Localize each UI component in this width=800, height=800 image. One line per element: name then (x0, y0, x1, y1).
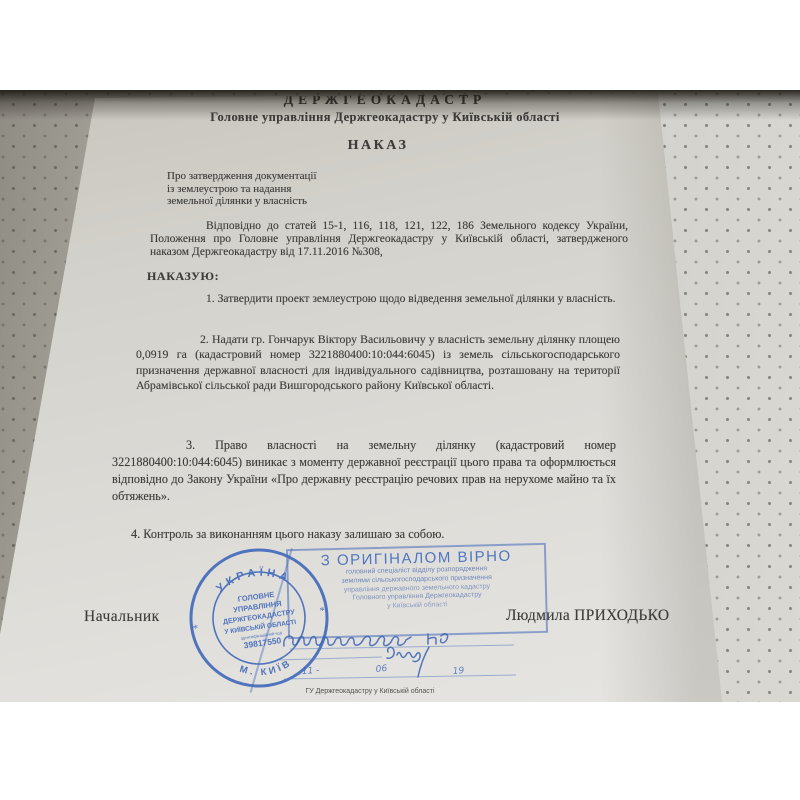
order-item-1: 1. Затвердити проект землеустрою щодо ві… (150, 292, 624, 306)
signature-stroke-main (284, 636, 411, 646)
subject-block: Про затвердження документації із землеус… (167, 170, 317, 208)
subject-line: із землеустрою та надання (167, 183, 317, 196)
footer-note: ГУ Держгеокадастру у Київській області (255, 688, 485, 695)
signature-stroke-slash (418, 647, 429, 677)
document-type: НАКАЗ (0, 138, 756, 154)
signature-stroke-second (387, 647, 420, 661)
handwritten-day: 11 - (302, 666, 320, 677)
svg-text:УКРАЇНА: УКРАЇНА (212, 561, 294, 596)
document-photo: ДЕРЖГЕОКАДАСТР Головне управління Держге… (0, 90, 800, 702)
subject-line: земельної ділянки у власність (167, 195, 317, 208)
seal-star-left: * (192, 623, 199, 636)
signature-underline-1 (290, 645, 514, 649)
preamble-paragraph: Відповідно до статей 15-1, 116, 118, 121… (150, 220, 628, 260)
department-name: Головне управління Держгеокадастру у Киї… (0, 110, 770, 125)
signatory-title: Начальник (84, 608, 160, 626)
signature-stroke-initials (428, 634, 448, 644)
signatory-name: Людмила ПРИХОДЬКО (506, 607, 669, 625)
signature-underline-2 (278, 657, 382, 660)
seal-ring-text-top: УКРАЇНА (212, 561, 294, 596)
subject-line: Про затвердження документації (167, 170, 317, 183)
order-item-3: 3. Право власності на земельну ділянку (… (112, 437, 616, 505)
handwritten-signature: 11 - 06 19 (278, 630, 523, 688)
order-item-2: 2. Надати гр. Гончарук Віктору Васильови… (136, 332, 620, 394)
handwritten-month: 06 (375, 664, 388, 675)
handwritten-year: 19 (452, 666, 465, 677)
resolve-word: НАКАЗУЮ: (147, 269, 219, 284)
